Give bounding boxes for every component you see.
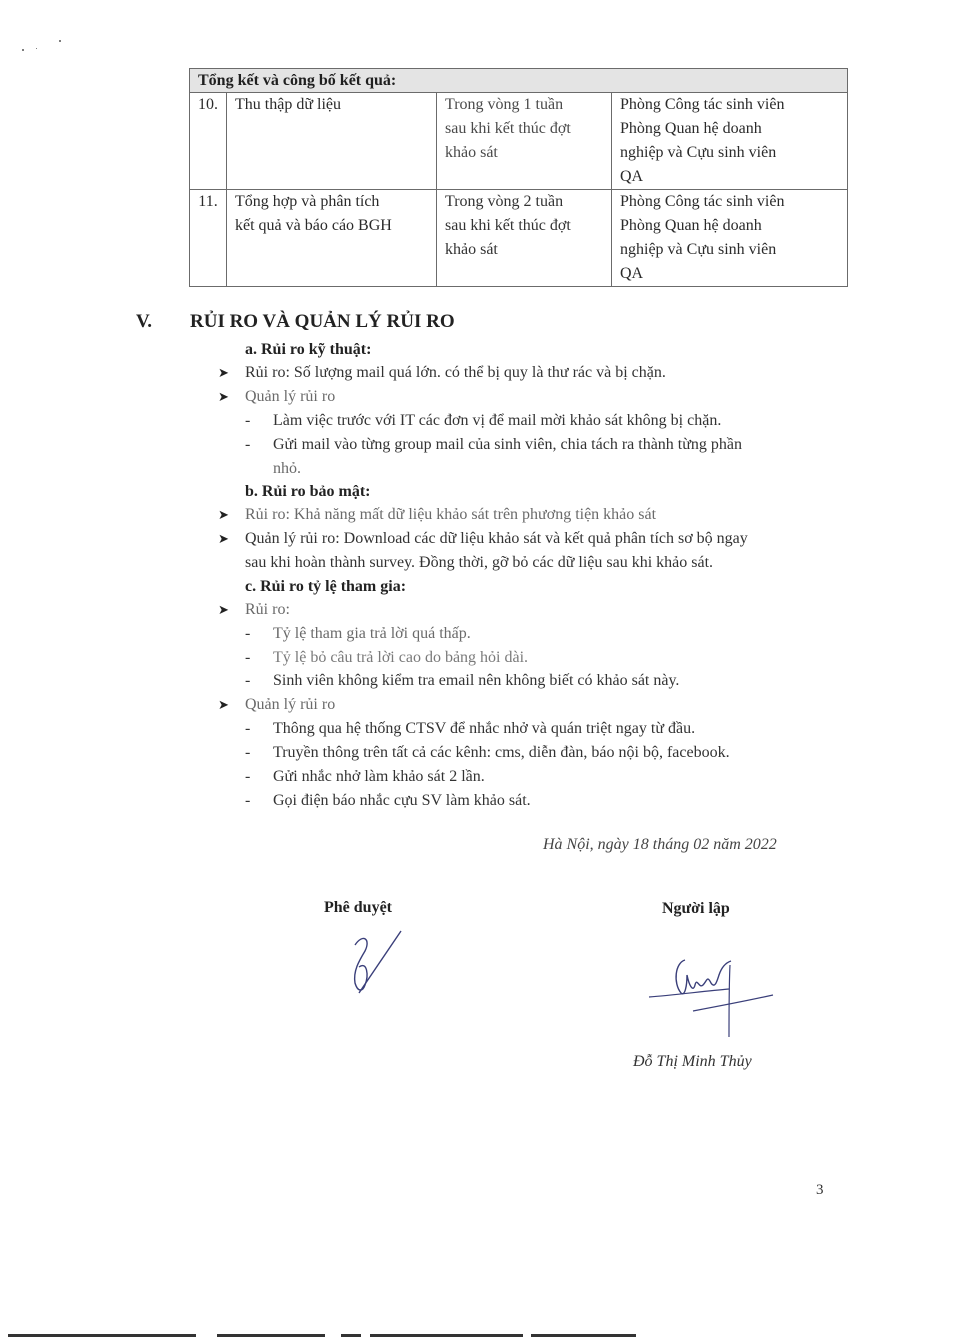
owner-line: Phòng Quan hệ doanh [620,214,841,238]
dash-text: Gọi điện báo nhắc cựu SV làm khảo sát. [273,792,531,809]
owner-line: nghiệp và Cựu sinh viên [620,141,841,165]
dash-bullet-icon: - [245,409,273,433]
dash-bullet-icon: - [245,646,273,670]
scan-speck [22,49,24,51]
table-group-row: Tổng kết và công bố kết quả: [190,69,848,93]
dash-text: Truyền thông trên tất cả các kênh: cms, … [273,744,730,761]
task-cell: Thu thập dữ liệu [227,93,437,190]
bullet-item: ➤Quản lý rủi ro [218,693,335,717]
scan-edge-bar [8,1334,196,1337]
dash-item: -Làm việc trước với IT các đơn vị để mai… [245,409,721,433]
scan-edge-bar [370,1334,523,1337]
bullet-text: Rủi ro: [245,601,290,618]
dash-item: -Sinh viên không kiểm tra email nên khôn… [245,669,679,693]
scan-edge-bar [531,1334,636,1337]
owner-line: Phòng Quan hệ doanh [620,117,841,141]
time-line: Trong vòng 1 tuần [445,93,605,117]
task-cell: Tổng hợp và phân tích kết quả và báo cáo… [227,190,437,287]
dash-bullet-icon: - [245,717,273,741]
scan-edge-bar [217,1334,325,1337]
dash-text: Gửi mail vào từng group mail của sinh vi… [273,436,742,453]
arrowhead-bullet-icon: ➤ [218,385,245,409]
bullet-text: Rủi ro: Khả năng mất dữ liệu khảo sát tr… [245,506,656,523]
dash-bullet-icon: - [245,741,273,765]
dash-bullet-icon: - [245,765,273,789]
dash-bullet-icon: - [245,433,273,457]
bullet-item: ➤Rủi ro: Khả năng mất dữ liệu khảo sát t… [218,503,656,527]
bullet-item: ➤Quản lý rủi ro [218,385,335,409]
table-row: 11. Tổng hợp và phân tích kết quả và báo… [190,190,848,287]
scan-speck [59,40,61,42]
dash-text-continuation: nhỏ. [273,457,301,481]
bullet-text-continuation: sau khi hoàn thành survey. Đồng thời, gỡ… [245,551,713,575]
bullet-item: ➤Rủi ro: [218,598,290,622]
dash-item: -Gọi điện báo nhắc cựu SV làm khảo sát. [245,789,531,813]
owner-line: Phòng Công tác sinh viên [620,190,841,214]
scan-edge-bars [0,1334,960,1340]
schedule-table: Tổng kết và công bố kết quả: 10. Thu thậ… [189,68,848,287]
dash-text: Tỷ lệ bỏ câu trả lời cao do bảng hỏi dài… [273,649,528,666]
approve-label: Phê duyệt [324,899,392,917]
task-line: Tổng hợp và phân tích [235,190,430,214]
owner-cell: Phòng Công tác sinh viên Phòng Quan hệ d… [612,93,848,190]
dash-bullet-icon: - [245,622,273,646]
dash-item: -Gửi nhắc nhở làm khảo sát 2 lần. [245,765,485,789]
row-number: 11. [190,190,227,287]
dash-text: Làm việc trước với IT các đơn vị để mail… [273,412,721,429]
bullet-text: Quản lý rủi ro [245,388,335,405]
arrowhead-bullet-icon: ➤ [218,361,245,385]
dash-text: Gửi nhắc nhở làm khảo sát 2 lần. [273,768,485,785]
dash-item: -Tỷ lệ bỏ câu trả lời cao do bảng hỏi dà… [245,646,528,670]
bullet-text: Quản lý rủi ro [245,696,335,713]
owner-line: QA [620,165,841,189]
owner-cell: Phòng Công tác sinh viên Phòng Quan hệ d… [612,190,848,287]
dash-item: -Tỷ lệ tham gia trả lời quá thấp. [245,622,471,646]
owner-line: Phòng Công tác sinh viên [620,93,841,117]
task-line: kết quả và báo cáo BGH [235,214,430,238]
subsection-heading-b: b. Rủi ro bảo mật: [245,480,371,504]
section-title: RỦI RO VÀ QUẢN LÝ RỦI RO [190,311,455,333]
owner-line: QA [620,262,841,286]
section-number: V. [136,311,152,333]
author-signature-icon [645,955,780,1040]
group-header: Tổng kết và công bố kết quả: [190,69,848,93]
page-number: 3 [816,1182,824,1199]
dash-item: -Gửi mail vào từng group mail của sinh v… [245,433,742,457]
bullet-text: Quản lý rủi ro: Download các dữ liệu khả… [245,530,748,547]
time-cell: Trong vòng 1 tuần sau khi kết thúc đợt k… [437,93,612,190]
bullet-text: Rủi ro: Số lượng mail quá lớn. có thể bị… [245,364,666,381]
time-cell: Trong vòng 2 tuần sau khi kết thúc đợt k… [437,190,612,287]
dash-item: -Truyền thông trên tất cả các kênh: cms,… [245,741,730,765]
task-line: Thu thập dữ liệu [235,93,430,117]
row-number: 10. [190,93,227,190]
bullet-item: ➤Rủi ro: Số lượng mail quá lớn. có thể b… [218,361,666,385]
subsection-heading-c: c. Rủi ro tỷ lệ tham gia: [245,575,406,599]
scan-edge-bar [341,1334,361,1337]
dash-bullet-icon: - [245,789,273,813]
dash-text: Thông qua hệ thống CTSV để nhắc nhở và q… [273,720,695,737]
scan-specks [0,0,120,70]
dash-bullet-icon: - [245,669,273,693]
table-row: 10. Thu thập dữ liệu Trong vòng 1 tuần s… [190,93,848,190]
subsection-heading-a: a. Rủi ro kỹ thuật: [245,338,371,362]
author-label: Người lập [662,900,730,918]
arrowhead-bullet-icon: ➤ [218,598,245,622]
arrowhead-bullet-icon: ➤ [218,527,245,551]
time-line: Trong vòng 2 tuần [445,190,605,214]
arrowhead-bullet-icon: ➤ [218,503,245,527]
time-line: khảo sát [445,238,605,262]
date-line: Hà Nội, ngày 18 tháng 02 năm 2022 [543,836,777,854]
time-line: sau khi kết thúc đợt [445,117,605,141]
time-line: khảo sát [445,141,605,165]
author-name: Đỗ Thị Minh Thủy [633,1053,752,1071]
owner-line: nghiệp và Cựu sinh viên [620,238,841,262]
scan-speck [36,48,37,49]
dash-text: Tỷ lệ tham gia trả lời quá thấp. [273,625,471,642]
bullet-item: ➤Quản lý rủi ro: Download các dữ liệu kh… [218,527,748,551]
time-line: sau khi kết thúc đợt [445,214,605,238]
dash-item: -Thông qua hệ thống CTSV để nhắc nhở và … [245,717,695,741]
dash-text: Sinh viên không kiểm tra email nên không… [273,672,679,689]
approver-signature-icon [345,925,410,1000]
arrowhead-bullet-icon: ➤ [218,693,245,717]
